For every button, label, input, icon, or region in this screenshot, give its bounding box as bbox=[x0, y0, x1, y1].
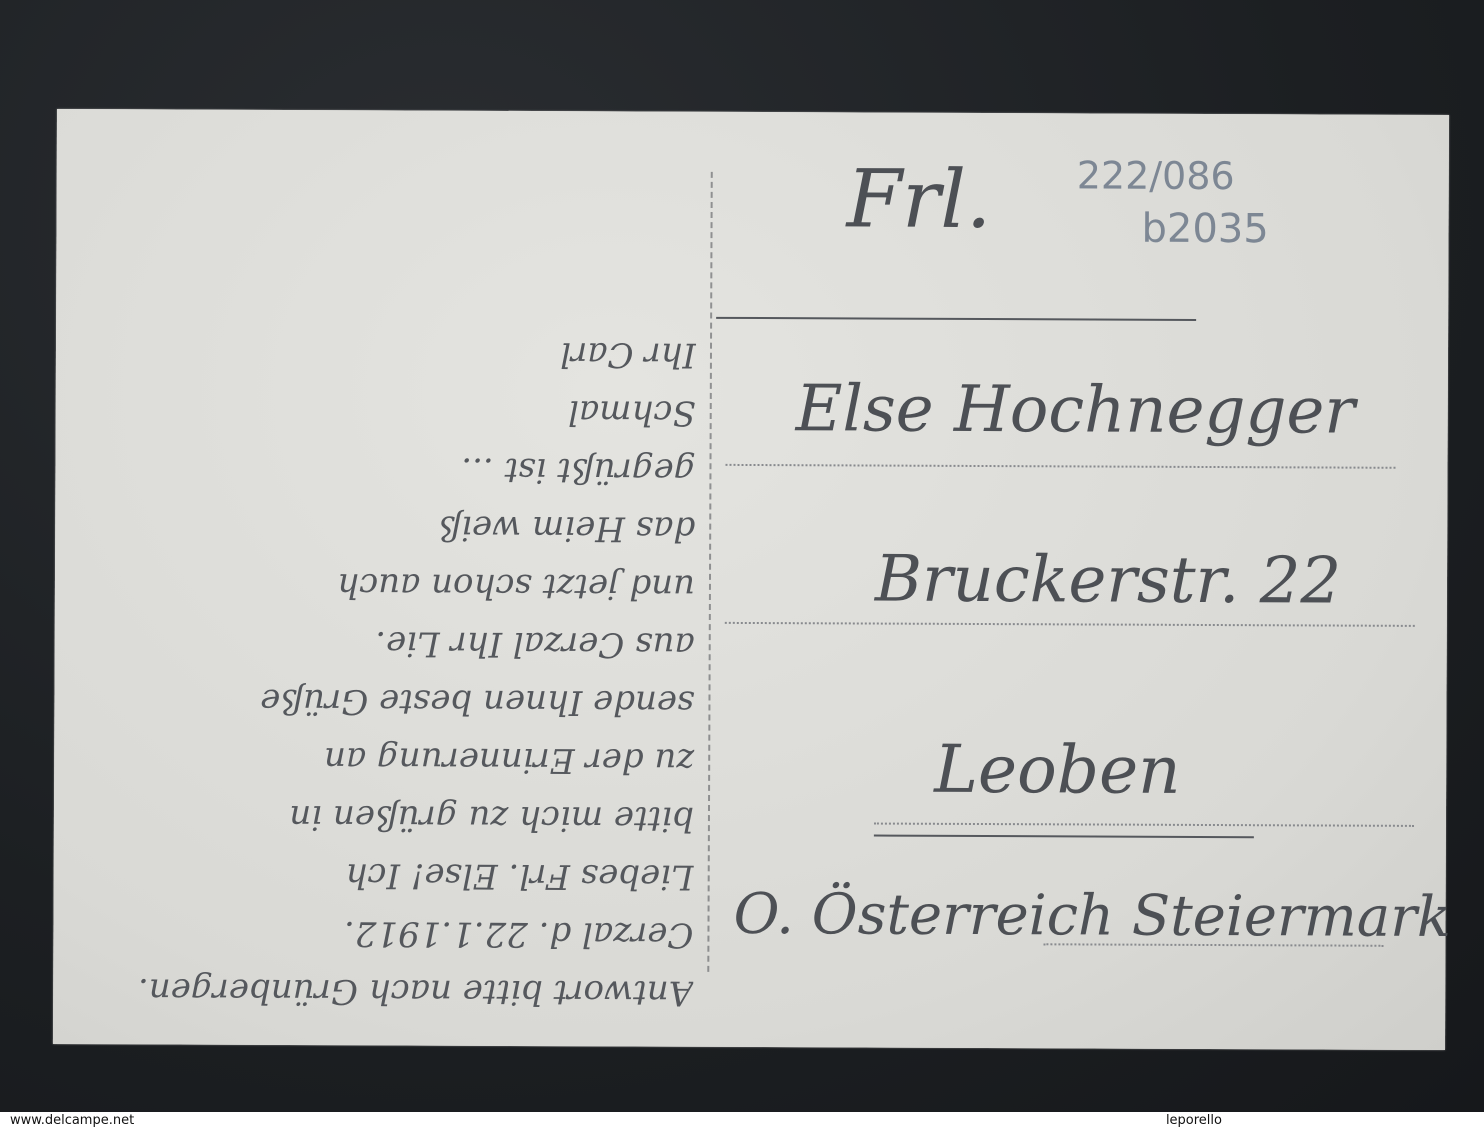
seller-watermark: leporello bbox=[1166, 1113, 1222, 1128]
message-line: zu der Erinnerung an bbox=[64, 729, 694, 790]
message-line: bitte mich zu grüßen in bbox=[64, 787, 694, 848]
city-underline bbox=[874, 835, 1254, 839]
address-street: Bruckerstr. 22 bbox=[875, 543, 1342, 619]
message-line: aus Cerzal Ihr Lie. bbox=[65, 613, 695, 674]
message-line: sende Ihnen beste Grüße bbox=[64, 671, 694, 732]
address-line-2 bbox=[725, 622, 1415, 627]
center-divider bbox=[707, 172, 712, 972]
address-line-3 bbox=[874, 823, 1414, 827]
postcard-back: Antwort bitte nach Grünbergen. Cerzal d.… bbox=[53, 109, 1449, 1050]
pencil-note-2: b2035 bbox=[1141, 206, 1268, 253]
message-line: Ihr Carl bbox=[66, 323, 696, 384]
message-line: Antwort bitte nach Grünbergen. bbox=[63, 961, 693, 1022]
message-line: das Heim weiß bbox=[65, 497, 695, 558]
message-area: Antwort bitte nach Grünbergen. Cerzal d.… bbox=[63, 139, 697, 1022]
address-region: O. Österreich Steiermark bbox=[733, 882, 1451, 950]
source-watermark: www.delcampe.net bbox=[10, 1113, 134, 1128]
address-title: Frl. bbox=[846, 152, 991, 246]
address-city: Leoben bbox=[934, 731, 1181, 809]
message-line: und jetzt schon auch bbox=[65, 555, 695, 616]
message-line: gegrüßt ist ... bbox=[65, 439, 695, 500]
address-line-1 bbox=[725, 464, 1395, 469]
photo-background: Antwort bitte nach Grünbergen. Cerzal d.… bbox=[0, 0, 1484, 1112]
address-name: Else Hochnegger bbox=[796, 372, 1355, 448]
title-underline bbox=[716, 317, 1196, 321]
message-line: Cerzal d. 22.1.1912. bbox=[63, 903, 693, 964]
footer-bar: www.delcampe.net leporello bbox=[0, 1112, 1484, 1132]
pencil-note-1: 222/086 bbox=[1077, 153, 1235, 198]
message-line: Liebes Frl. Else! Ich bbox=[64, 845, 694, 906]
message-line: Schmal bbox=[66, 381, 696, 442]
